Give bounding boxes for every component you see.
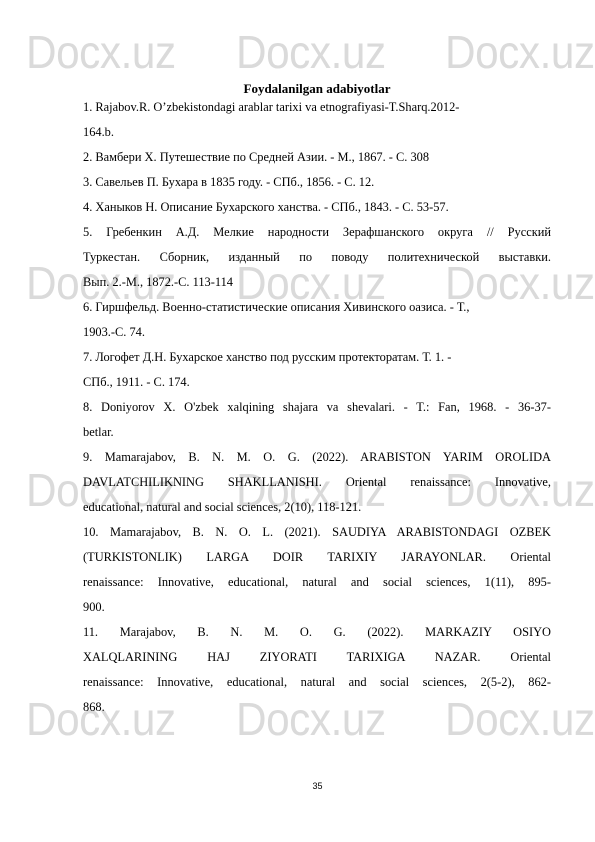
reference-line: 868. [83,695,551,720]
reference-item: 4. Ханыков Н. Описание Бухарского ханств… [83,195,551,220]
reference-line: 1. Rajabov.R. O’zbekistondagi arablar ta… [83,95,551,120]
reference-line: 900. [83,595,551,620]
reference-line: 10. Mamarajabov, B. N. O. L. (2021). SAU… [83,520,551,545]
reference-line: 3. Савельев П. Бухара в 1835 году. - СПб… [83,170,551,195]
reference-item: 11. Marajabov, B. N. M. O. G. (2022). MA… [83,620,551,720]
reference-line: 5. Гребенкин А.Д. Мелкие народности Зера… [83,220,551,245]
reference-line: Вып. 2.-М., 1872.-С. 113-114 [83,270,551,295]
reference-item: 8. Doniyorov X. O'zbek xalqining shajara… [83,395,551,445]
watermark-row: Docx.uz Docx.uz Docx.uz [0,27,595,77]
reference-line: 4. Ханыков Н. Описание Бухарского ханств… [83,195,551,220]
reference-item: 9. Mamarajabov, B. N. M. O. G. (2022). A… [83,445,551,520]
reference-line: Туркестан. Сборник, изданный по поводу п… [83,245,551,270]
watermark: Docx.uz [26,27,176,77]
watermark: Docx.uz [236,27,386,77]
reference-line: renaissance: Innovative, educational, na… [83,670,551,695]
reference-item: 6. Гиршфельд. Военно-статистические опис… [83,295,551,345]
reference-line: 11. Marajabov, B. N. M. O. G. (2022). MA… [83,620,551,645]
reference-item: 1. Rajabov.R. O’zbekistondagi arablar ta… [83,95,551,145]
reference-line: betlar. [83,420,551,445]
page-number: 35 [0,781,595,791]
reference-item: 2. Вамбери Х. Путешествие по Средней Ази… [83,145,551,170]
reference-line: 9. Mamarajabov, B. N. M. O. G. (2022). A… [83,445,551,470]
reference-item: 5. Гребенкин А.Д. Мелкие народности Зера… [83,220,551,295]
reference-line: XALQLARINING HAJ ZIYORATI TARIXIGA NAZAR… [83,645,551,670]
reference-line: 8. Doniyorov X. O'zbek xalqining shajara… [83,395,551,420]
reference-line: DAVLATCHILIKNING SHAKLLANISHI. Oriental … [83,470,551,495]
reference-item: 3. Савельев П. Бухара в 1835 году. - СПб… [83,170,551,195]
reference-line: educational, natural and social sciences… [83,495,551,520]
reference-line: (TURKISTONLIK) LARGA DOIR TARIXIY JARAYO… [83,545,551,570]
reference-list: 1. Rajabov.R. O’zbekistondagi arablar ta… [83,95,551,720]
watermark: Docx.uz [445,27,595,77]
reference-item: 7. Логофет Д.Н. Бухарское ханство под ру… [83,345,551,395]
reference-line: СПб., 1911. - С. 174. [83,370,551,395]
reference-line: 164.b. [83,120,551,145]
reference-line: renaissance: Innovative, educational, na… [83,570,551,595]
reference-line: 6. Гиршфельд. Военно-статистические опис… [83,295,551,320]
reference-line: 2. Вамбери Х. Путешествие по Средней Ази… [83,145,551,170]
reference-line: 7. Логофет Д.Н. Бухарское ханство под ру… [83,345,551,370]
reference-item: 10. Mamarajabov, B. N. O. L. (2021). SAU… [83,520,551,620]
reference-line: 1903.-С. 74. [83,320,551,345]
document-page: Docx.uz Docx.uz Docx.uz Docx.uz Docx.uz … [0,0,595,842]
